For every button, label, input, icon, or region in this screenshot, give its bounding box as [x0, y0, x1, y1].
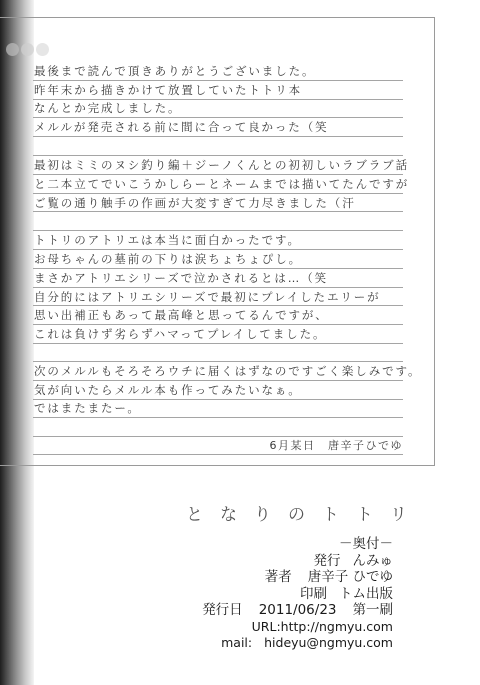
publisher-row: 発行んみゅ — [202, 553, 393, 570]
decorative-dots — [6, 43, 49, 56]
note-line: ご覧の通り触手の作画が大変すぎて力尽きました（汗 — [34, 196, 356, 210]
rule-line — [33, 436, 403, 437]
book-title: となりのトトリ — [186, 500, 424, 525]
printer-label: 印刷 — [300, 586, 327, 602]
rule-line — [33, 361, 403, 362]
rule-line — [33, 399, 403, 400]
printer-value: トム出版 — [339, 586, 393, 602]
rule-line — [33, 380, 403, 381]
signature: 6月某日 唐辛子ひでゆ — [270, 439, 404, 453]
author-value: 唐辛子 ひでゆ — [308, 569, 393, 585]
mail-label: mail: — [221, 635, 252, 650]
rule-line — [33, 174, 403, 175]
rule-line — [33, 324, 403, 325]
publisher-value: んみゅ — [353, 553, 394, 569]
rule-line — [33, 155, 403, 156]
note-line: 思い出補正もあって最高峰と思ってるんですが、 — [34, 308, 329, 322]
note-line: 最初はミミのヌシ釣り編＋ジーノくんとの初初しいラブラブ話 — [34, 158, 409, 172]
dot-icon — [21, 43, 34, 56]
author-label: 著者 — [265, 569, 292, 585]
url-label: URL: — [252, 619, 281, 634]
date-label: 発行日 — [202, 602, 243, 618]
note-line: これは負けず劣らずハマってプレイしてました。 — [34, 327, 326, 341]
mail-link[interactable]: hideyu@ngmyu.com — [264, 635, 393, 650]
rule-line — [33, 117, 403, 118]
edition-value: 第一刷 — [353, 602, 394, 618]
note-line: トトリのアトリエは本当に面白かったです。 — [34, 233, 301, 247]
rule-line — [33, 343, 403, 344]
note-line: 自分的にはアトリエシリーズで最初にプレイしたエリーが — [34, 290, 381, 304]
note-line: ではまたまたー。 — [34, 401, 141, 415]
rule-line — [33, 287, 403, 288]
note-line: メルルが発売される前に間に合って良かった（笑 — [34, 120, 329, 134]
rule-line — [33, 305, 403, 306]
rule-line — [33, 454, 403, 455]
note-line: お母ちゃんの墓前の下りは涙ちょちょぴし。 — [34, 252, 302, 266]
note-line: まさかアトリエシリーズで泣かされるとは…（笑 — [34, 271, 328, 285]
note-line: 最後まで読んで頂きありがとうございました。 — [34, 64, 315, 78]
printer-row: 印刷トム出版 — [202, 586, 393, 603]
rule-line — [33, 136, 403, 137]
note-line: 気が向いたらメルル本も作ってみたいなぁ。 — [34, 383, 302, 397]
rule-line — [33, 230, 403, 231]
publisher-label: 発行 — [314, 553, 341, 569]
note-line: 次のメルルもそろそろウチに届くはずなのですごく楽しみです。 — [34, 364, 421, 378]
dot-icon — [6, 43, 19, 56]
dot-icon — [36, 43, 49, 56]
rule-line — [33, 249, 403, 250]
author-row: 著者唐辛子 ひでゆ — [202, 569, 393, 586]
rule-line — [33, 417, 403, 418]
colophon-heading: －奥付－ — [202, 536, 393, 553]
rule-line — [33, 211, 403, 212]
rule-line — [33, 193, 403, 194]
date-value: 2011/06/23 — [259, 602, 337, 618]
date-row: 発行日2011/06/23第一刷 — [202, 602, 393, 619]
colophon: －奥付－ 発行んみゅ 著者唐辛子 ひでゆ 印刷トム出版 発行日2011/06/2… — [202, 536, 393, 652]
note-line: と二本立てでいこうかしらーとネームまでは描いてたんですが — [34, 177, 409, 191]
url-link[interactable]: http://ngmyu.com — [281, 619, 393, 634]
rule-line — [33, 99, 403, 100]
rule-line — [33, 80, 403, 81]
note-line: なんとか完成しました。 — [34, 101, 181, 115]
url-row: URL:http://ngmyu.com — [202, 619, 393, 636]
rule-line — [33, 268, 403, 269]
note-line: 昨年末から描きかけて放置していたトトリ本 — [34, 83, 302, 97]
mail-row: mail:hideyu@ngmyu.com — [202, 635, 393, 652]
